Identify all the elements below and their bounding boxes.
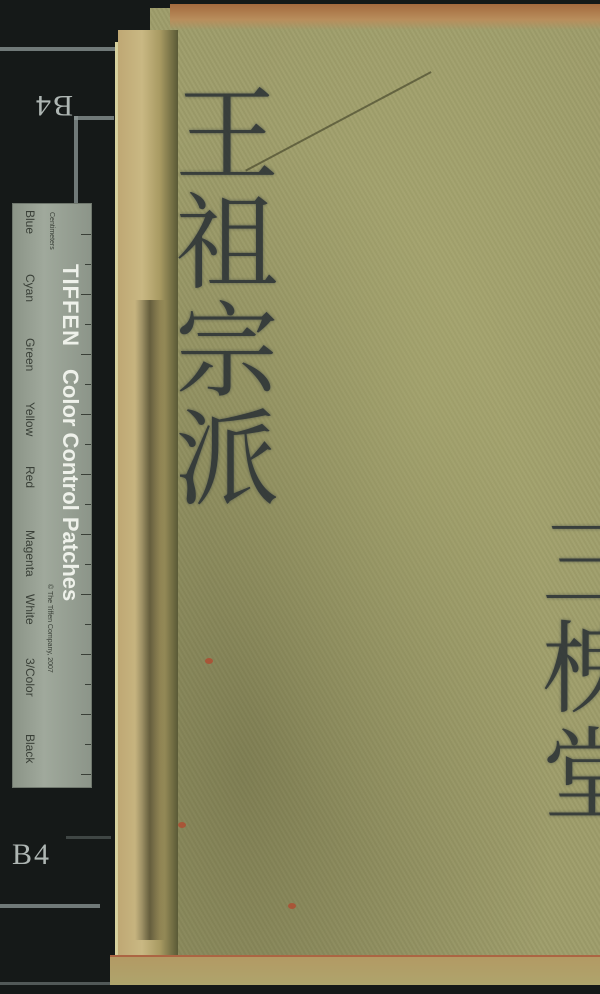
patch-labels: Blue Cyan Green Yellow Red Magenta White… <box>17 204 37 787</box>
board-grid-line <box>66 836 111 839</box>
stain <box>205 658 213 664</box>
patch-green: Green <box>23 338 37 371</box>
cover-bottom-edge <box>110 955 600 985</box>
patch-yellow: Yellow <box>23 402 37 436</box>
tiffen-logo: TIFFEN <box>57 264 83 347</box>
board-grid-line <box>74 116 78 206</box>
strip-copyright: © The Tiffen Company, 2007 <box>46 584 53 673</box>
patch-cyan: Cyan <box>23 274 37 302</box>
patch-blue: Blue <box>23 210 37 234</box>
board-label-top: B4 <box>34 88 73 122</box>
board-grid-line <box>74 116 114 120</box>
patch-magenta: Magenta <box>23 530 37 577</box>
stain <box>178 822 186 828</box>
patch-red: Red <box>23 466 37 488</box>
photo-scene: B4 B4 王祖宗派 三槐堂 <box>0 0 600 994</box>
strip-units-label: Centimeters <box>48 212 55 250</box>
cover-title-left: 王祖宗派 <box>162 80 274 512</box>
cover-title-right: 三槐堂 <box>528 510 600 828</box>
patch-3color: 3/Color <box>23 658 37 697</box>
board-grid-line <box>0 47 115 51</box>
patch-black: Black <box>23 734 37 763</box>
patch-white: White <box>23 594 37 625</box>
stain <box>288 903 296 909</box>
cover-top-edge <box>170 4 600 30</box>
board-grid-line <box>0 904 100 908</box>
color-control-strip: Centimeters TIFFEN Color Control Patches… <box>12 203 92 788</box>
strip-title: Color Control Patches <box>57 369 83 601</box>
board-label-bottom: B4 <box>12 838 51 872</box>
